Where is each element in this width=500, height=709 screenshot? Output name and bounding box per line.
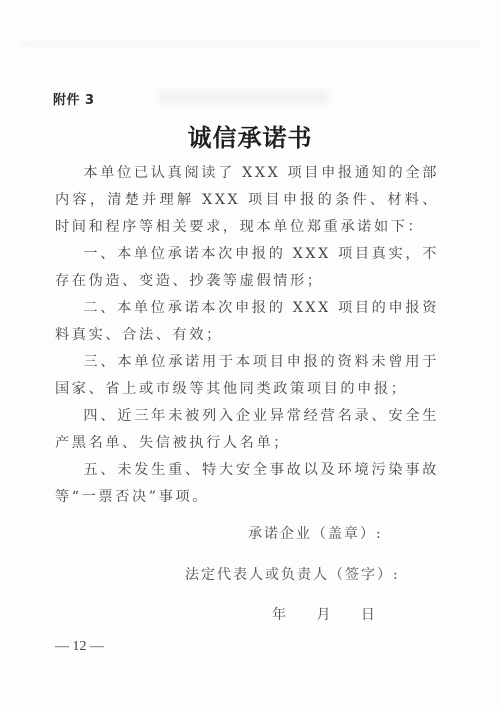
document-page: 附件 3 诚信承诺书 本单位已认真阅读了 XXX 项目申报通知的全部内容，清楚并… — [0, 0, 500, 709]
bleed-through-artifact — [158, 90, 328, 104]
commitment-item-3: 三、本单位承诺用于本项目申报的资料未曾用于国家、省上或市级等其他同类政策项目的申… — [55, 349, 439, 403]
commitment-item-1: 一、本单位承诺本次申报的 XXX 项目真实，不存在伪造、变造、抄袭等虚假情形； — [55, 241, 439, 295]
commitment-item-4: 四、近三年未被列入企业异常经营名录、安全生产黑名单、失信被执行人名单； — [55, 403, 439, 457]
commitment-item-2: 二、本单位承诺本次申报的 XXX 项目的申报资料真实、合法、有效； — [55, 295, 439, 349]
signature-date: 年 月 日 — [272, 604, 377, 624]
intro-paragraph: 本单位已认真阅读了 XXX 项目申报通知的全部内容，清楚并理解 XXX 项目申报… — [55, 160, 439, 241]
bleed-through-artifact — [20, 42, 480, 46]
commitment-item-5: 五、未发生重、特大安全事故以及环境污染事故等“一票否决”事项。 — [55, 457, 439, 511]
signature-company: 承诺企业（盖章）: — [248, 523, 383, 543]
page-number: — 12 — — [55, 639, 104, 655]
signature-representative: 法定代表人或负责人（签字）: — [185, 564, 400, 584]
document-body: 本单位已认真阅读了 XXX 项目申报通知的全部内容，清楚并理解 XXX 项目申报… — [55, 160, 439, 511]
attachment-label: 附件 3 — [53, 89, 95, 108]
document-title: 诚信承诺书 — [0, 118, 500, 153]
